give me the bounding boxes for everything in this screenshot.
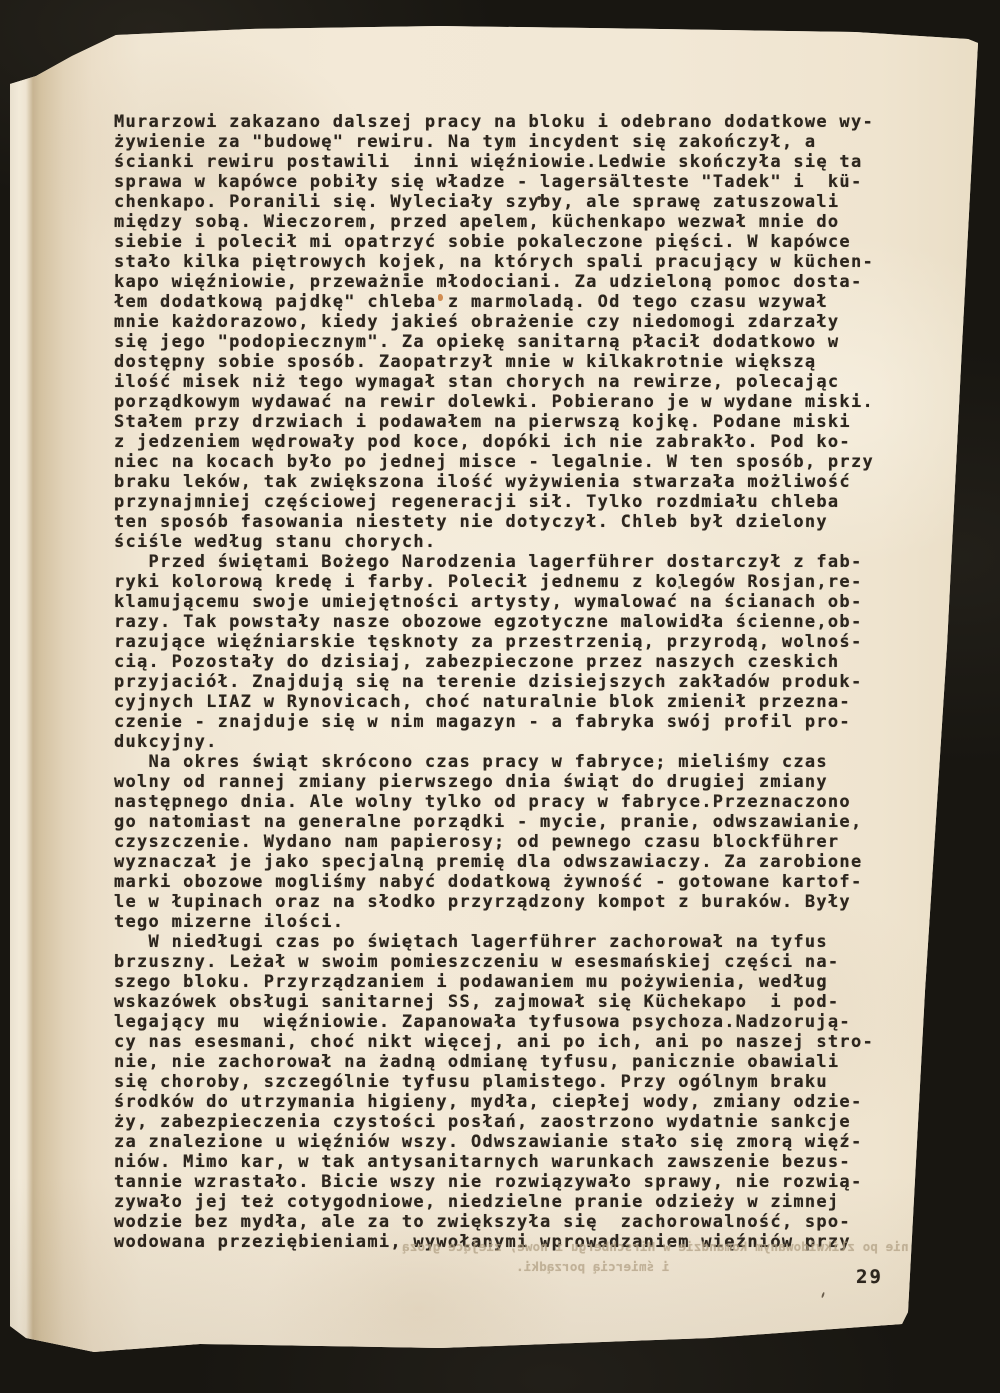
scanned-page-paper: Murarzowi zakazano dalszej pracy na blok… <box>10 26 982 1362</box>
scan-background: { "document": { "language": "pl", "page_… <box>0 0 1000 1393</box>
page-text-block: Murarzowi zakazano dalszej pracy na blok… <box>114 112 914 1252</box>
paragraph-4: W niedługi czas po świętach lagerführer … <box>114 932 914 1252</box>
page-number: 29 <box>856 1266 883 1288</box>
paragraph-2: Przed świętami Bożego Narodzenia lagerfü… <box>114 552 914 752</box>
paragraph-1: Murarzowi zakazano dalszej pracy na blok… <box>114 112 914 552</box>
show-through-text-line-1: nie po zlikwidowanym komandzie w Hirschb… <box>402 1238 909 1256</box>
ink-fleck <box>438 294 443 301</box>
dust-speck <box>537 196 541 200</box>
dust-speck <box>404 273 407 276</box>
paragraph-3: Na okres świąt skrócono czas pracy w fab… <box>114 752 914 932</box>
dust-speck <box>678 586 681 589</box>
dust-speck <box>821 1292 825 1298</box>
show-through-text-line-2: i śmiercią porządki. <box>516 1258 670 1276</box>
